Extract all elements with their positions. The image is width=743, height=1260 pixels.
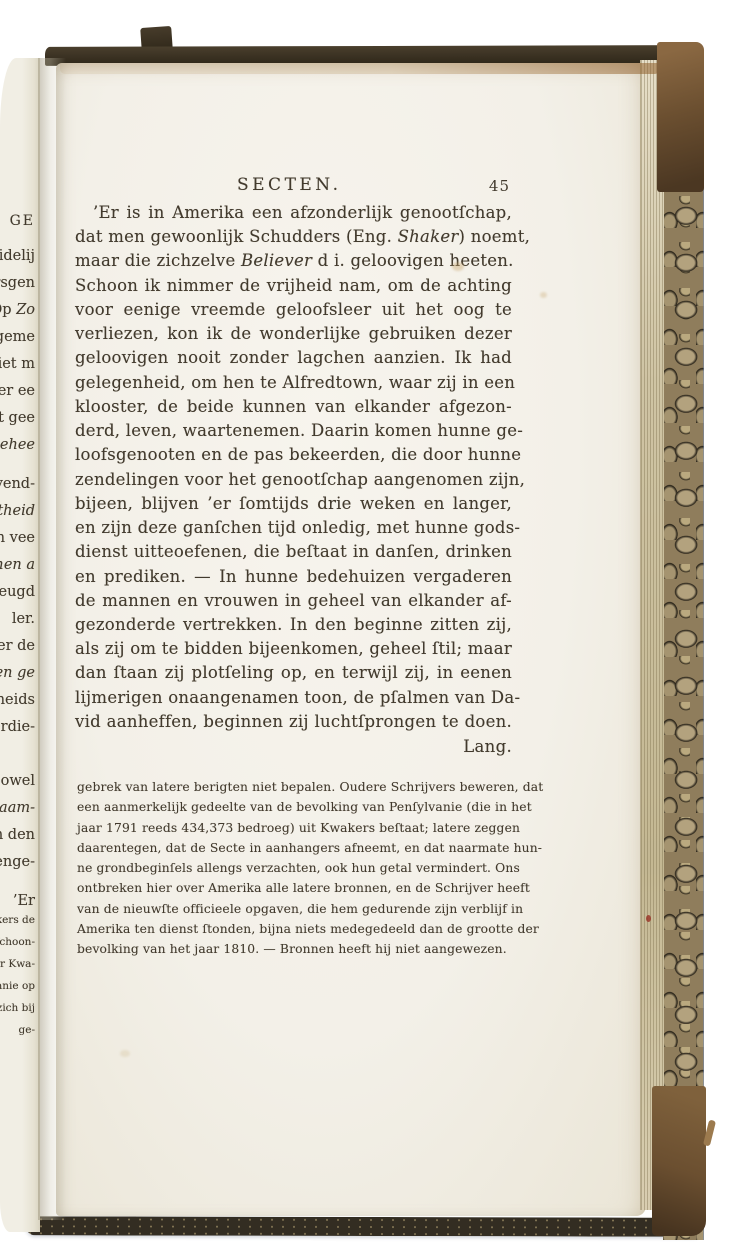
- footnote: gebrek van latere berigten niet bepalen.…: [77, 780, 510, 962]
- body-line-4: Schoon ik nimmer de vrijheid nam, om de …: [75, 276, 512, 300]
- verso-fragment-20: zoowel: [0, 773, 35, 789]
- catchword: Lang.: [75, 737, 512, 756]
- verso-fragment-6: ziet m: [0, 356, 35, 372]
- verso-fragment-23: uitenge-: [0, 854, 35, 870]
- leather-corner-top: [657, 42, 704, 192]
- body-line-8: gelegenheid, om hen te Alfredtown, waar …: [75, 373, 512, 397]
- body-line-10: derd, leven, waartenemen. Daarin komen h…: [75, 421, 512, 445]
- verso-fragment-10: lievend-: [0, 476, 35, 492]
- page-header: SECTEN. 45: [75, 175, 512, 197]
- body-line-13: bijeen, blijven ’er ſomtijds drie weken …: [75, 494, 512, 518]
- body-line-7: geloovigen nooit zonder lagchen aanzien.…: [75, 348, 512, 372]
- page-number: 45: [489, 177, 510, 195]
- body-line-18: gezonderde vertrekken. In den beginne zi…: [75, 615, 512, 639]
- verso-fragment-29: at zich bij: [0, 1002, 35, 1014]
- body-line-17: de mannen en vrouwen in geheel van elkan…: [75, 591, 512, 615]
- recto-page: SECTEN. 45 ’Er is in Amerika een afzonde…: [56, 63, 646, 1216]
- verso-fragment-11: traptheid: [0, 503, 35, 519]
- body-line-19: als zij om te bidden bijeenkomen, geheel…: [75, 639, 512, 663]
- marbled-cover-edge: [663, 150, 704, 1240]
- verso-fragment-5: algeme: [0, 329, 35, 345]
- book-bottom-cover-edge: [26, 1216, 702, 1236]
- body-line-6: verliezen, kon ik de wonderlijke gebruik…: [75, 324, 512, 348]
- footnote-line-7: van de nieuwſte officieele opgaven, die …: [77, 902, 510, 922]
- body-line-3: maar die zichzelve Believer d i. geloovi…: [75, 251, 512, 275]
- verso-fragment-26: heid ſchoon-: [0, 936, 35, 948]
- body-line-9: klooster, de beide kunnen van elkander a…: [75, 397, 512, 421]
- verso-fragment-16: nder de: [0, 638, 35, 654]
- body-line-21: lijmerigen onaangenamen toon, de pſalmen…: [75, 688, 512, 712]
- body-line-16: en prediken. — In hunne bedehuizen verga…: [75, 567, 512, 591]
- verso-fragment-18: ſcheids: [0, 692, 35, 708]
- verso-fragment-28: ylvanie op: [0, 980, 35, 992]
- body-line-22: vid aanheffen, beginnen zij luchtſpronge…: [75, 712, 512, 736]
- verso-fragment-24: ’Er: [13, 893, 35, 909]
- verso-fragment-22: in den: [0, 827, 35, 843]
- verso-fragment-21: arzaam-: [0, 800, 35, 816]
- page-fore-edge: [640, 60, 664, 1210]
- verso-fragment-3: kersgen: [0, 275, 35, 291]
- body-line-5: voor eenige vreemde geloofsleer uit het …: [75, 300, 512, 324]
- body-line-1: ’Er is in Amerika een afzonderlijk genoo…: [75, 203, 512, 227]
- open-book-photo: GEduidelijkersgenOp Zoalgemeziet mieder …: [0, 0, 743, 1260]
- body-line-12: zendelingen voor het genootſchap aangeno…: [75, 470, 512, 494]
- verso-page-strip: GEduidelijkersgenOp Zoalgemeziet mieder …: [0, 58, 40, 1232]
- footnote-line-9: bevolking van het jaar 1810. — Bronnen h…: [77, 942, 510, 962]
- verso-fragment-12: van vee: [0, 530, 35, 546]
- body-line-14: en zijn deze ganſchen tijd onledig, met …: [75, 518, 512, 542]
- footnote-line-3: jaar 1791 reeds 434,373 bedroeg) uit Kwa…: [77, 821, 510, 841]
- body-text: ’Er is in Amerika een afzonderlijk genoo…: [75, 203, 512, 736]
- verso-fragment-17: ſen ge: [0, 665, 35, 681]
- verso-fragment-1: GE: [10, 213, 35, 229]
- verso-fragment-27: der Kwa-: [0, 958, 35, 970]
- verso-fragment-4: Op Zo: [0, 302, 35, 318]
- verso-fragment-8: emt gee: [0, 410, 35, 426]
- body-line-2: dat men gewoonlijk Schudders (Eng. Shake…: [75, 227, 512, 251]
- verso-fragment-15: ler.: [12, 611, 35, 627]
- verso-fragment-13: ſchen a: [0, 557, 35, 573]
- body-line-20: dan ſtaan zij plotſeling op, en terwijl …: [75, 663, 512, 687]
- footnote-line-6: ontbreken hier over Amerika alle latere …: [77, 881, 510, 901]
- verso-fragment-2: duidelij: [0, 248, 35, 264]
- footnote-line-8: Amerika ten dienst ſtonden, bijna niets …: [77, 922, 510, 942]
- footnote-line-2: een aanmerkelijk gedeelte van de bevolki…: [77, 800, 510, 820]
- verso-fragment-19: verdie-: [0, 719, 35, 735]
- footnote-line-4: daarentegen, dat de Secte in aanhangers …: [77, 841, 510, 861]
- footnote-line-5: ne grondbeginſels allengs verzachten, oo…: [77, 861, 510, 881]
- footnote-line-1: gebrek van latere berigten niet bepalen.…: [77, 780, 510, 800]
- verso-fragment-9: gehee: [0, 437, 35, 453]
- verso-fragment-30: ge-: [19, 1024, 35, 1036]
- verso-fragment-25: Kwakers de: [0, 914, 35, 926]
- body-line-15: dienst uitteoefenen, die beſtaat in danſ…: [75, 542, 512, 566]
- running-title: SECTEN.: [237, 175, 342, 195]
- body-line-11: loofsgenooten en de pas bekeerden, die d…: [75, 445, 512, 469]
- verso-fragment-14: deugd: [0, 584, 35, 600]
- leather-corner-bottom: [652, 1086, 706, 1236]
- verso-fragment-7: ieder ee: [0, 383, 35, 399]
